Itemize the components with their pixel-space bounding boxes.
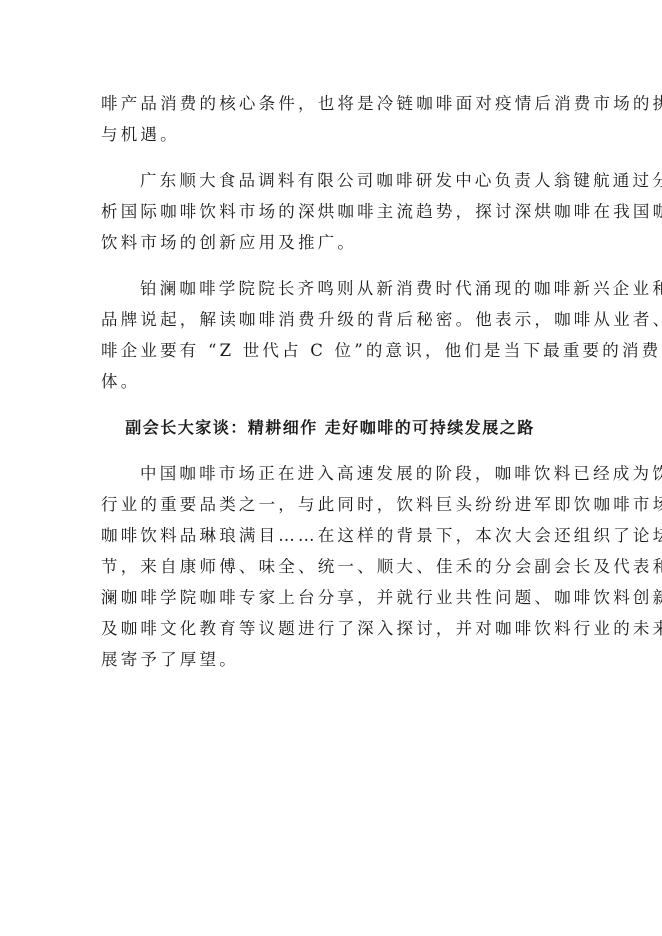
text-line: 啡产品消费的核心条件，也将是冷链咖啡面对疫情后消费市场的挑战 <box>101 88 559 119</box>
document-page: 啡产品消费的核心条件，也将是冷链咖啡面对疫情后消费市场的挑战 与机遇。 广东顺大… <box>101 88 559 690</box>
text-line: 澜咖啡学院咖啡专家上台分享，并就行业共性问题、咖啡饮料创新以 <box>101 582 559 613</box>
text-line: 展寄予了厚望。 <box>101 644 559 675</box>
text-line: 与机遇。 <box>101 119 559 150</box>
text-line: 品牌说起，解读咖啡消费升级的背后秘密。他表示，咖啡从业者、咖 <box>101 304 559 335</box>
text-line: 咖啡饮料品琳琅满目……在这样的背景下，本次大会还组织了论坛环 <box>101 520 559 551</box>
text-line: 广东顺大食品调料有限公司咖啡研发中心负责人翁键航通过分 <box>101 165 559 196</box>
text-line: 中国咖啡市场正在进入高速发展的阶段，咖啡饮料已经成为饮料 <box>101 458 559 489</box>
section-heading: 副会长大家谈：精耕细作 走好咖啡的可持续发展之路 <box>101 412 559 443</box>
text-line: 饮料市场的创新应用及推广。 <box>101 227 559 258</box>
text-line: 及咖啡文化教育等议题进行了深入探讨，并对咖啡饮料行业的未来发 <box>101 613 559 644</box>
text-line: 行业的重要品类之一，与此同时，饮料巨头纷纷进军即饮咖啡市场， <box>101 489 559 520</box>
text-line: 体。 <box>101 366 559 397</box>
text-line: 铂澜咖啡学院院长齐鸣则从新消费时代涌现的咖啡新兴企业和 <box>101 273 559 304</box>
text-line: 析国际咖啡饮料市场的深烘咖啡主流趋势，探讨深烘咖啡在我国咖啡 <box>101 196 559 227</box>
text-line: 啡企业要有 “Z 世代占 C 位”的意识，他们是当下最重要的消费群 <box>101 335 559 366</box>
text-line: 节，来自康师傅、味全、统一、顺大、佳禾的分会副会长及代表和铂 <box>101 551 559 582</box>
paragraph-shunda: 广东顺大食品调料有限公司咖啡研发中心负责人翁键航通过分 析国际咖啡饮料市场的深烘… <box>101 165 559 258</box>
paragraph-bolan: 铂澜咖啡学院院长齐鸣则从新消费时代涌现的咖啡新兴企业和 品牌说起，解读咖啡消费升… <box>101 273 559 397</box>
paragraph-forum: 中国咖啡市场正在进入高速发展的阶段，咖啡饮料已经成为饮料 行业的重要品类之一，与… <box>101 458 559 675</box>
paragraph-cold-chain: 啡产品消费的核心条件，也将是冷链咖啡面对疫情后消费市场的挑战 与机遇。 <box>101 88 559 150</box>
